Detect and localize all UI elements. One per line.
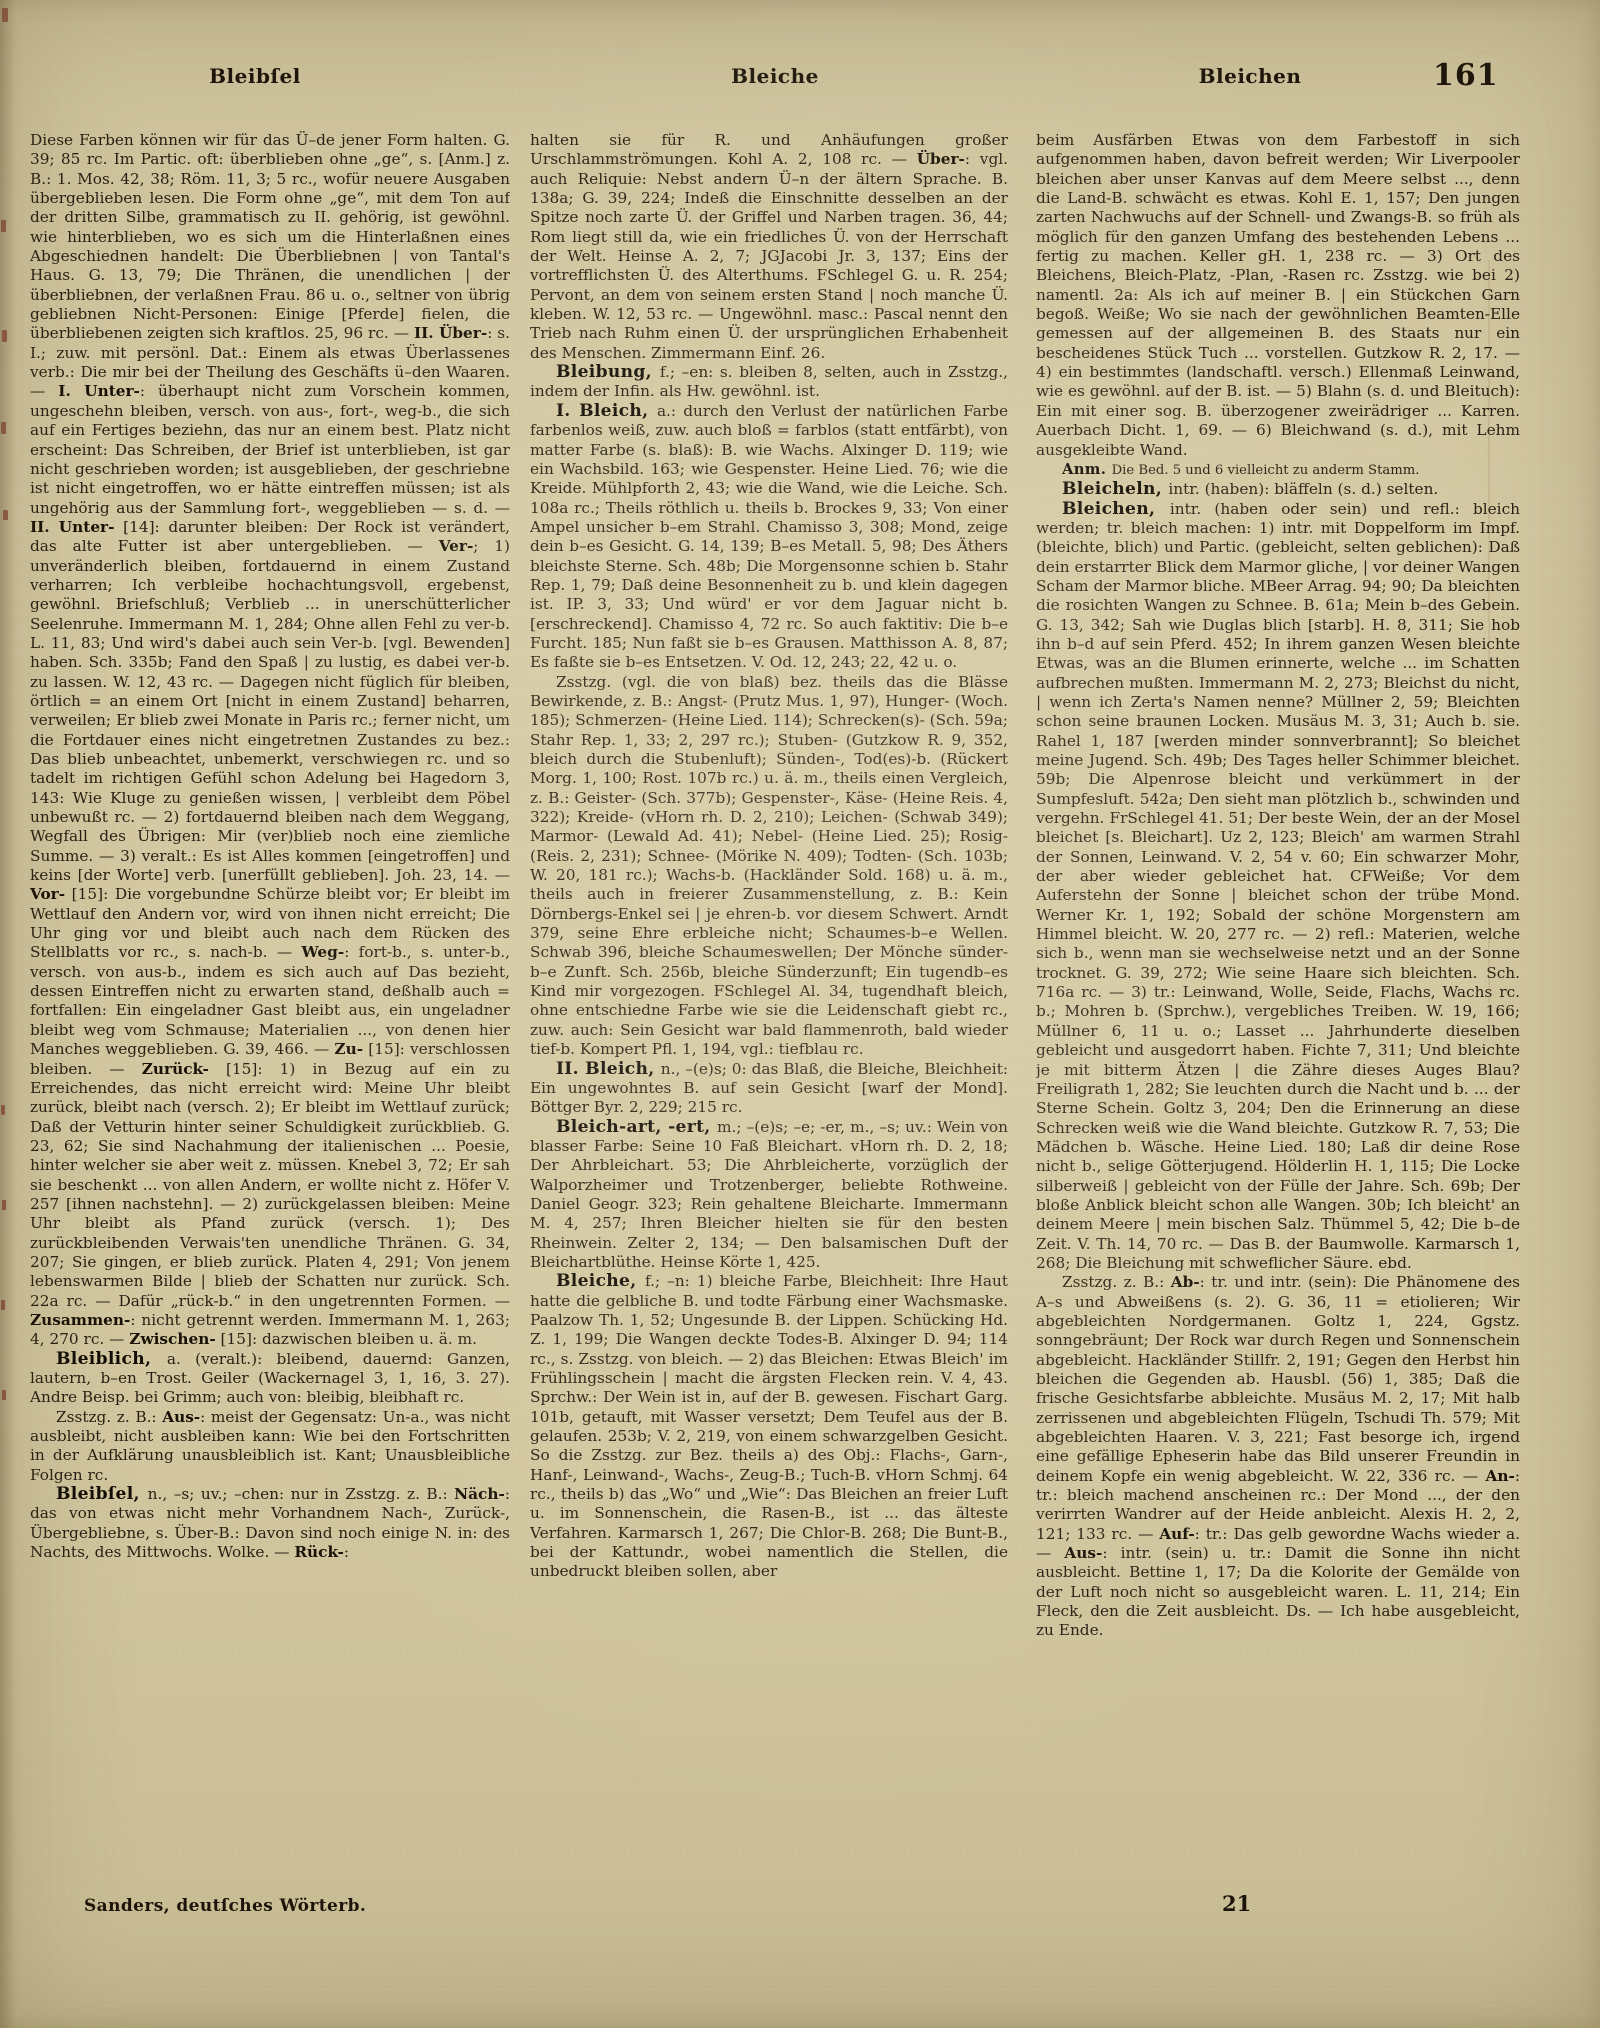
sheet-signature: 21 bbox=[1222, 1891, 1251, 1916]
text-column-3: beim Ausfärben Etwas von dem Farbestoff … bbox=[1036, 131, 1520, 1895]
page-edge-mark bbox=[2, 330, 7, 342]
headword: Bleich-art, -ert, bbox=[556, 1117, 717, 1137]
page-edge-mark bbox=[2, 8, 8, 22]
headword: II. Bleich, bbox=[556, 1059, 661, 1079]
running-head-right: Bleichen bbox=[1120, 64, 1380, 88]
page-edge-mark bbox=[1, 422, 6, 434]
dictionary-page: { "page": { "running_heads": { "left": "… bbox=[0, 0, 1600, 2028]
page-edge-mark bbox=[3, 510, 8, 520]
page-gutter-shadow bbox=[0, 0, 16, 2028]
entry-paragraph: Bleich-art, -ert, m.; –(e)s; –e; -er, m.… bbox=[530, 1118, 1008, 1273]
page-edge-mark bbox=[2, 1200, 6, 1210]
page-edge-mark bbox=[1, 220, 6, 232]
headword: Bleiche, bbox=[556, 1271, 645, 1291]
headword: Bleiblich, bbox=[56, 1349, 167, 1369]
entry-paragraph: Bleiche, f.; –n: 1) bleiche Farbe, Bleic… bbox=[530, 1272, 1008, 1582]
headword: I. Bleich, bbox=[556, 401, 657, 421]
entry-paragraph: II. Bleich, n., –(e)s; 0: das Blaß, die … bbox=[530, 1060, 1008, 1118]
page-edge-mark bbox=[1, 1300, 5, 1310]
headword: Bleicheln, bbox=[1062, 479, 1168, 499]
entry-paragraph: halten sie für R. und Anhäufungen großer… bbox=[530, 131, 1008, 363]
entry-paragraph: Zsstzg. z. B.: Aus-: meist der Gegensatz… bbox=[30, 1408, 510, 1485]
entry-paragraph: Bleibung, f.; –en: s. bleiben 8, selten,… bbox=[530, 363, 1008, 402]
headword: Bleibung, bbox=[556, 362, 660, 382]
entry-paragraph: Diese Farben können wir für das Ü–de jen… bbox=[30, 131, 510, 1350]
headword: Anm. bbox=[1062, 461, 1112, 478]
running-head-center: Bleiche bbox=[645, 64, 905, 88]
paper-crease bbox=[1488, 260, 1490, 1020]
page-edge-mark bbox=[1, 1105, 5, 1115]
entry-paragraph: Bleichen, intr. (haben oder sein) und re… bbox=[1036, 500, 1520, 1274]
page-number: 161 bbox=[1433, 58, 1499, 93]
entry-paragraph: Bleiblich, a. (veralt.): bleibend, dauer… bbox=[30, 1350, 510, 1408]
running-head-left: Bleibſel bbox=[125, 64, 385, 88]
page-edge-mark bbox=[2, 1390, 6, 1400]
entry-paragraph: beim Ausfärben Etwas von dem Farbestoff … bbox=[1036, 131, 1520, 460]
entry-paragraph: Bleicheln, intr. (haben): bläffeln (s. d… bbox=[1036, 480, 1520, 499]
text-column-2: halten sie für R. und Anhäufungen großer… bbox=[530, 131, 1008, 1895]
entry-paragraph: Anm. Die Bed. 5 und 6 vielleicht zu ande… bbox=[1036, 460, 1520, 480]
headword: Bleichen, bbox=[1062, 499, 1170, 519]
footer-publisher: Sanders, deutſches Wörterb. bbox=[84, 1896, 366, 1916]
headword: Bleibſel, bbox=[56, 1484, 148, 1504]
entry-paragraph: I. Bleich, a.: durch den Verlust der nat… bbox=[530, 402, 1008, 673]
entry-paragraph: Zsstzg. (vgl. die von blaß) bez. theils … bbox=[530, 673, 1008, 1060]
entry-paragraph: Zsstzg. z. B.: Ab-: tr. und intr. (sein)… bbox=[1036, 1273, 1520, 1641]
entry-paragraph: Bleibſel, n., –s; uv.; –chen: nur in Zss… bbox=[30, 1485, 510, 1562]
text-column-1: Diese Farben können wir für das Ü–de jen… bbox=[30, 131, 510, 1895]
